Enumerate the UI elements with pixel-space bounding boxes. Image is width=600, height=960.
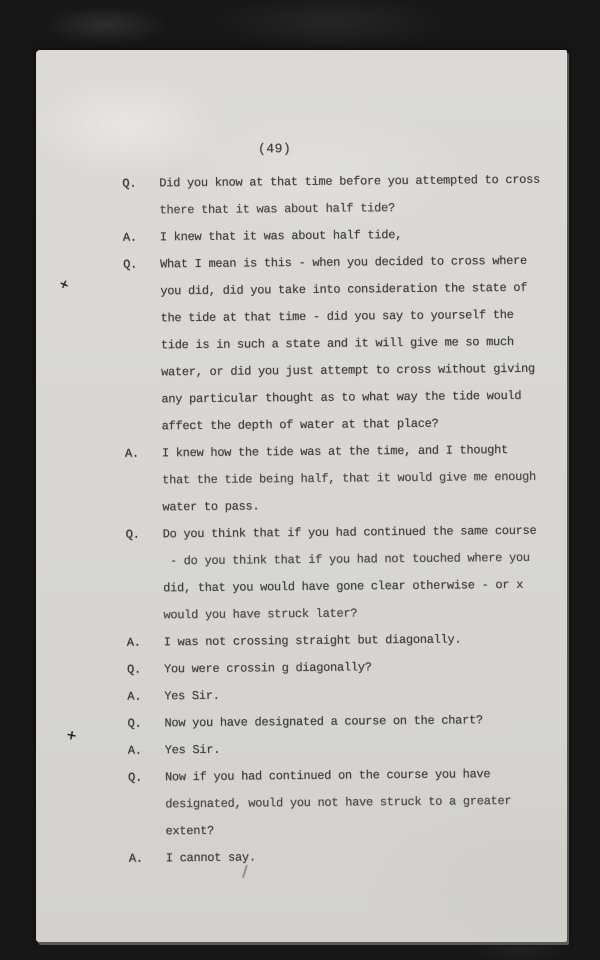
transcript: Q. Did you know at that time before you … [122,166,567,872]
qa-entry: A. I cannot say. [129,841,567,872]
transcript-line: designated, would you not have struck to… [165,787,566,818]
qa-entry: Q. Now you have designated a course on t… [127,706,565,737]
entry-lines: I knew that it was about half tide, [160,220,561,251]
speaker-label: Q. [123,251,160,278]
document-page: (49) + + Q. Did you know at that time be… [36,50,567,942]
transcript-line: extent? [165,814,566,845]
transcript-line: Do you think that if you had continued t… [163,517,564,548]
page-number: (49) [258,141,291,156]
qa-entry: Q. What I mean is this - when you decide… [123,247,563,440]
speaker-label: A. [125,440,162,467]
qa-entry: A. I knew how the tide was at the time, … [125,436,564,521]
speaker-label: A. [127,629,164,656]
entry-lines: Now if you had continued on the course y… [165,760,567,845]
transcript-line: affect the depth of water at that place? [161,409,562,440]
transcript-line: that the tide being half, that it would … [162,463,563,494]
entry-lines: What I mean is this - when you decided t… [160,247,563,440]
entry-lines: Did you know at that time before you att… [159,166,560,224]
transcript-line: I was not crossing straight but diagonal… [164,625,565,656]
page-content: (49) + + Q. Did you know at that time be… [36,49,576,946]
entry-lines: I knew how the tide was at the time, and… [162,436,564,521]
transcript-line: Now you have designated a course on the … [164,706,565,737]
transcript-line: Yes Sir. [165,733,566,764]
qa-entry: A. I knew that it was about half tide, [123,220,561,251]
entry-lines: Do you think that if you had continued t… [163,517,565,629]
qa-entry: Q. Did you know at that time before you … [122,166,560,224]
speaker-label: Q. [126,521,163,548]
speaker-label: A. [129,845,166,872]
speaker-label: A. [127,683,164,710]
pencil-margin-mark: + [65,727,79,744]
transcript-line: - do you think that if you had not touch… [163,544,564,575]
qa-entry: Q. Do you think that if you had continue… [126,517,565,629]
qa-entry: A. I was not crossing straight but diago… [127,625,565,656]
speaker-label: A. [128,737,165,764]
transcript-line: tide is in such a state and it will give… [161,328,562,359]
entry-lines: I was not crossing straight but diagonal… [164,625,565,656]
speaker-label: Q. [127,656,164,683]
entry-lines: I cannot say. [166,841,567,872]
speaker-label: A. [123,224,160,251]
transcript-line: the tide at that time - did you say to y… [160,301,561,332]
transcript-line: did, that you would have gone clear othe… [163,571,564,602]
speaker-label: Q. [122,170,159,197]
entry-lines: You were crossin g diagonally? [164,652,565,683]
transcript-line: water to pass. [162,490,563,521]
transcript-line: You were crossin g diagonally? [164,652,565,683]
transcript-line: I knew that it was about half tide, [160,220,561,251]
speaker-label: Q. [128,764,165,791]
speaker-label: Q. [127,710,164,737]
transcript-line: there that it was about half tide? [159,193,560,224]
transcript-line: you did, did you take into consideration… [160,274,561,305]
qa-entry: A. Yes Sir. [128,733,566,764]
transcript-line: I knew how the tide was at the time, and… [162,436,563,467]
transcript-line: What I mean is this - when you decided t… [160,247,561,278]
transcript-line: water, or did you just attempt to cross … [161,355,562,386]
transcript-line: Yes Sir. [164,679,565,710]
entry-lines: Yes Sir. [164,679,565,710]
transcript-line: Now if you had continued on the course y… [165,760,566,791]
qa-entry: Q. Now if you had continued on the cours… [128,760,567,845]
transcript-line: I cannot say. [166,841,567,872]
transcript-line: any particular thought as to what way th… [161,382,562,413]
qa-entry: A. Yes Sir. [127,679,565,710]
scan-background: (49) + + Q. Did you know at that time be… [0,0,600,960]
entry-lines: Now you have designated a course on the … [164,706,565,737]
entry-lines: Yes Sir. [165,733,566,764]
pencil-margin-mark: + [57,276,72,293]
qa-entry: Q. You were crossin g diagonally? [127,652,565,683]
transcript-line: would you have struck later? [163,598,564,629]
transcript-line: Did you know at that time before you att… [159,166,560,197]
